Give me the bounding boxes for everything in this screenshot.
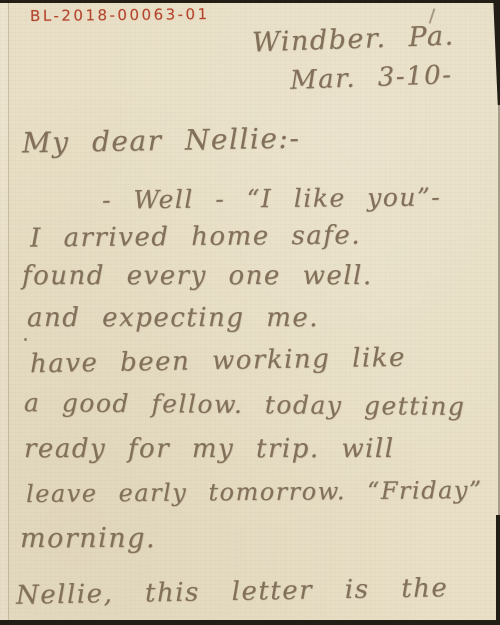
handwritten-line: and expecting me. xyxy=(27,303,319,333)
letter-scan-page: BL-2018-00063-01 Windber. Pa. Mar. 3-10-… xyxy=(0,0,500,625)
handwritten-line: leave early tomorrow. “Friday” xyxy=(26,476,483,508)
paper-edge-right-bottom xyxy=(496,515,500,625)
handwritten-line: found every one well. xyxy=(22,261,373,291)
heading-date: Mar. 3-10- xyxy=(290,60,453,96)
handwritten-line: Nellie, this letter is the xyxy=(16,573,449,611)
salutation: My dear Nellie:- xyxy=(22,122,301,160)
handwritten-line: a good fellow. today getting xyxy=(24,388,466,421)
handwritten-line: ready for my trip. will xyxy=(24,434,395,464)
handwritten-line: - Well - “I like you”- xyxy=(102,183,441,215)
catalog-number: BL-2018-00063-01 xyxy=(30,5,210,25)
paper-edge-bottom xyxy=(0,620,500,625)
paper-fold-line xyxy=(8,0,9,625)
paper-edge-right-top xyxy=(491,0,500,105)
handwritten-line: morning. xyxy=(20,523,156,554)
stray-pencil-dot xyxy=(24,338,27,341)
handwritten-line: have been working like xyxy=(30,343,406,380)
handwritten-line: I arrived home safe. xyxy=(30,221,361,254)
paper-edge-top xyxy=(0,0,500,3)
heading-place: Windber. Pa. xyxy=(252,20,456,58)
